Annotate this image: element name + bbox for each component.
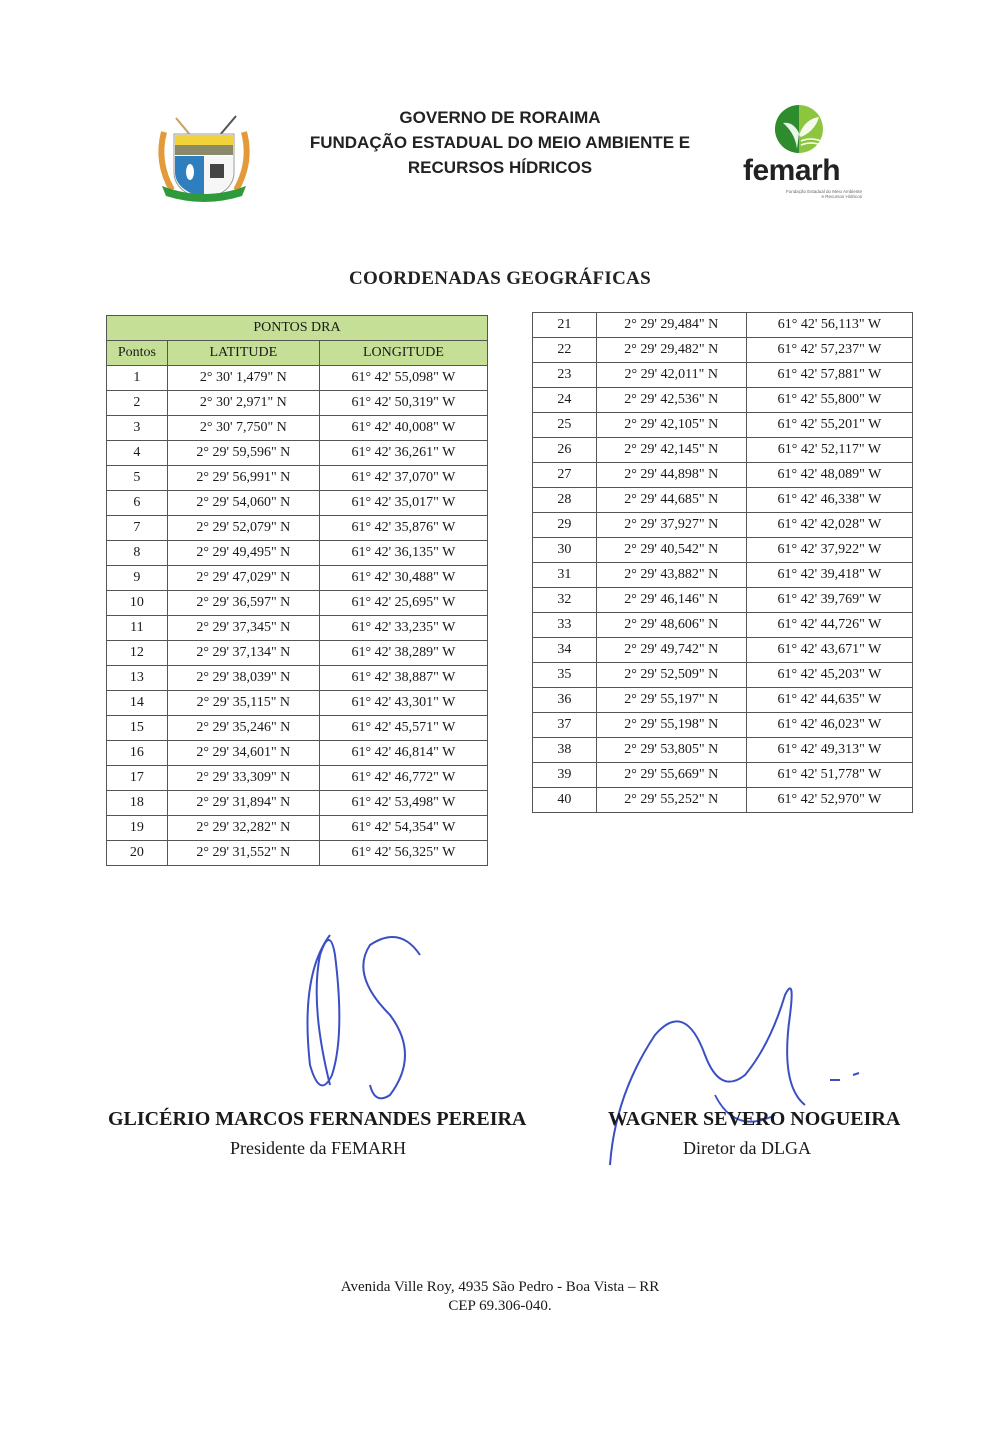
- cell-latitude: 2° 29' 32,282" N: [167, 816, 319, 841]
- cell-ponto: 4: [107, 441, 168, 466]
- cell-longitude: 61° 42' 46,772" W: [319, 766, 487, 791]
- cell-ponto: 39: [533, 763, 597, 788]
- cell-latitude: 2° 29' 52,509" N: [596, 663, 746, 688]
- column-header-pontos: Pontos: [107, 341, 168, 366]
- header-line-foundation: FUNDAÇÃO ESTADUAL DO MEIO AMBIENTE E: [290, 130, 710, 155]
- cell-latitude: 2° 29' 36,597" N: [167, 591, 319, 616]
- table-row: 312° 29' 43,882" N61° 42' 39,418" W: [533, 563, 913, 588]
- roraima-coat-of-arms-icon: [152, 112, 256, 208]
- cell-ponto: 3: [107, 416, 168, 441]
- cell-longitude: 61° 42' 46,338" W: [746, 488, 912, 513]
- cell-latitude: 2° 29' 38,039" N: [167, 666, 319, 691]
- cell-longitude: 61° 42' 44,635" W: [746, 688, 912, 713]
- table-body-right: 212° 29' 29,484" N61° 42' 56,113" W222° …: [533, 313, 913, 813]
- cell-longitude: 61° 42' 25,695" W: [319, 591, 487, 616]
- cell-latitude: 2° 29' 29,482" N: [596, 338, 746, 363]
- cell-latitude: 2° 29' 55,669" N: [596, 763, 746, 788]
- table-row: 212° 29' 29,484" N61° 42' 56,113" W: [533, 313, 913, 338]
- table-row: 92° 29' 47,029" N61° 42' 30,488" W: [107, 566, 488, 591]
- cell-latitude: 2° 29' 55,198" N: [596, 713, 746, 738]
- table-row: 332° 29' 48,606" N61° 42' 44,726" W: [533, 613, 913, 638]
- cell-ponto: 1: [107, 366, 168, 391]
- table-row: 402° 29' 55,252" N61° 42' 52,970" W: [533, 788, 913, 813]
- table-row: 22° 30' 2,971" N61° 42' 50,319" W: [107, 391, 488, 416]
- footer-cep-line: CEP 69.306-040.: [0, 1297, 1000, 1316]
- table-row: 392° 29' 55,669" N61° 42' 51,778" W: [533, 763, 913, 788]
- table-row: 242° 29' 42,536" N61° 42' 55,800" W: [533, 388, 913, 413]
- cell-latitude: 2° 29' 55,197" N: [596, 688, 746, 713]
- cell-longitude: 61° 42' 56,113" W: [746, 313, 912, 338]
- cell-ponto: 30: [533, 538, 597, 563]
- cell-ponto: 36: [533, 688, 597, 713]
- cell-longitude: 61° 42' 44,726" W: [746, 613, 912, 638]
- table-group-header: PONTOS DRA: [107, 316, 488, 341]
- table-row: 382° 29' 53,805" N61° 42' 49,313" W: [533, 738, 913, 763]
- table-row: 12° 30' 1,479" N61° 42' 55,098" W: [107, 366, 488, 391]
- table-row: 252° 29' 42,105" N61° 42' 55,201" W: [533, 413, 913, 438]
- cell-latitude: 2° 29' 42,145" N: [596, 438, 746, 463]
- cell-ponto: 18: [107, 791, 168, 816]
- table-row: 322° 29' 46,146" N61° 42' 39,769" W: [533, 588, 913, 613]
- cell-ponto: 37: [533, 713, 597, 738]
- cell-longitude: 61° 42' 37,070" W: [319, 466, 487, 491]
- cell-latitude: 2° 29' 42,105" N: [596, 413, 746, 438]
- signer-name-president: GLICÉRIO MARCOS FERNANDES PEREIRA: [108, 1108, 526, 1131]
- table-row: 342° 29' 49,742" N61° 42' 43,671" W: [533, 638, 913, 663]
- femarh-subtitle-line-2: e Recursos Hídricos: [742, 194, 862, 199]
- cell-longitude: 61° 42' 43,301" W: [319, 691, 487, 716]
- footer-address-line: Avenida Ville Roy, 4935 São Pedro - Boa …: [0, 1278, 1000, 1297]
- table-row: 142° 29' 35,115" N61° 42' 43,301" W: [107, 691, 488, 716]
- cell-longitude: 61° 42' 55,800" W: [746, 388, 912, 413]
- column-header-latitude: LATITUDE: [167, 341, 319, 366]
- cell-ponto: 21: [533, 313, 597, 338]
- table-row: 162° 29' 34,601" N61° 42' 46,814" W: [107, 741, 488, 766]
- cell-longitude: 61° 42' 51,778" W: [746, 763, 912, 788]
- table-row: 232° 29' 42,011" N61° 42' 57,881" W: [533, 363, 913, 388]
- cell-longitude: 61° 42' 52,117" W: [746, 438, 912, 463]
- document-title: COORDENADAS GEOGRÁFICAS: [0, 268, 1000, 290]
- cell-longitude: 61° 42' 56,325" W: [319, 841, 487, 866]
- cell-longitude: 61° 42' 48,089" W: [746, 463, 912, 488]
- cell-longitude: 61° 42' 36,261" W: [319, 441, 487, 466]
- cell-longitude: 61° 42' 36,135" W: [319, 541, 487, 566]
- cell-longitude: 61° 42' 52,970" W: [746, 788, 912, 813]
- cell-longitude: 61° 42' 38,289" W: [319, 641, 487, 666]
- footer-address: Avenida Ville Roy, 4935 São Pedro - Boa …: [0, 1278, 1000, 1316]
- cell-latitude: 2° 29' 48,606" N: [596, 613, 746, 638]
- cell-latitude: 2° 29' 37,927" N: [596, 513, 746, 538]
- cell-ponto: 28: [533, 488, 597, 513]
- cell-ponto: 25: [533, 413, 597, 438]
- femarh-subtitle: Fundação Estadual do Meio Ambiente e Rec…: [742, 189, 862, 199]
- cell-ponto: 40: [533, 788, 597, 813]
- signer-name-director: WAGNER SEVERO NOGUEIRA: [608, 1108, 900, 1131]
- cell-ponto: 32: [533, 588, 597, 613]
- table-row: 352° 29' 52,509" N61° 42' 45,203" W: [533, 663, 913, 688]
- cell-latitude: 2° 29' 37,134" N: [167, 641, 319, 666]
- cell-ponto: 35: [533, 663, 597, 688]
- cell-ponto: 6: [107, 491, 168, 516]
- cell-longitude: 61° 42' 49,313" W: [746, 738, 912, 763]
- cell-ponto: 31: [533, 563, 597, 588]
- cell-latitude: 2° 29' 44,898" N: [596, 463, 746, 488]
- cell-longitude: 61° 42' 55,201" W: [746, 413, 912, 438]
- cell-latitude: 2° 29' 34,601" N: [167, 741, 319, 766]
- cell-longitude: 61° 42' 33,235" W: [319, 616, 487, 641]
- cell-longitude: 61° 42' 35,876" W: [319, 516, 487, 541]
- cell-longitude: 61° 42' 57,237" W: [746, 338, 912, 363]
- cell-ponto: 12: [107, 641, 168, 666]
- cell-ponto: 7: [107, 516, 168, 541]
- cell-ponto: 33: [533, 613, 597, 638]
- table-row: 82° 29' 49,495" N61° 42' 36,135" W: [107, 541, 488, 566]
- table-row: 132° 29' 38,039" N61° 42' 38,887" W: [107, 666, 488, 691]
- cell-longitude: 61° 42' 45,571" W: [319, 716, 487, 741]
- cell-ponto: 24: [533, 388, 597, 413]
- header-organization: GOVERNO DE RORAIMA FUNDAÇÃO ESTADUAL DO …: [290, 105, 710, 180]
- cell-latitude: 2° 29' 29,484" N: [596, 313, 746, 338]
- cell-latitude: 2° 30' 2,971" N: [167, 391, 319, 416]
- cell-ponto: 9: [107, 566, 168, 591]
- cell-ponto: 5: [107, 466, 168, 491]
- cell-longitude: 61° 42' 38,887" W: [319, 666, 487, 691]
- cell-latitude: 2° 29' 43,882" N: [596, 563, 746, 588]
- cell-latitude: 2° 29' 35,246" N: [167, 716, 319, 741]
- table-row: 362° 29' 55,197" N61° 42' 44,635" W: [533, 688, 913, 713]
- cell-ponto: 17: [107, 766, 168, 791]
- table-row: 32° 30' 7,750" N61° 42' 40,008" W: [107, 416, 488, 441]
- table-row: 112° 29' 37,345" N61° 42' 33,235" W: [107, 616, 488, 641]
- cell-ponto: 8: [107, 541, 168, 566]
- cell-latitude: 2° 30' 7,750" N: [167, 416, 319, 441]
- cell-ponto: 29: [533, 513, 597, 538]
- signer-role-director: Diretor da DLGA: [683, 1138, 811, 1159]
- cell-ponto: 38: [533, 738, 597, 763]
- cell-longitude: 61° 42' 42,028" W: [746, 513, 912, 538]
- table-row: 262° 29' 42,145" N61° 42' 52,117" W: [533, 438, 913, 463]
- cell-longitude: 61° 42' 35,017" W: [319, 491, 487, 516]
- cell-latitude: 2° 29' 37,345" N: [167, 616, 319, 641]
- table-row: 52° 29' 56,991" N61° 42' 37,070" W: [107, 466, 488, 491]
- cell-ponto: 34: [533, 638, 597, 663]
- table-row: 102° 29' 36,597" N61° 42' 25,695" W: [107, 591, 488, 616]
- cell-longitude: 61° 42' 30,488" W: [319, 566, 487, 591]
- cell-longitude: 61° 42' 57,881" W: [746, 363, 912, 388]
- table-row: 222° 29' 29,482" N61° 42' 57,237" W: [533, 338, 913, 363]
- table-row: 302° 29' 40,542" N61° 42' 37,922" W: [533, 538, 913, 563]
- cell-longitude: 61° 42' 45,203" W: [746, 663, 912, 688]
- cell-longitude: 61° 42' 39,418" W: [746, 563, 912, 588]
- cell-longitude: 61° 42' 40,008" W: [319, 416, 487, 441]
- cell-ponto: 23: [533, 363, 597, 388]
- cell-latitude: 2° 29' 31,552" N: [167, 841, 319, 866]
- cell-ponto: 22: [533, 338, 597, 363]
- table-row: 192° 29' 32,282" N61° 42' 54,354" W: [107, 816, 488, 841]
- table-row: 372° 29' 55,198" N61° 42' 46,023" W: [533, 713, 913, 738]
- cell-latitude: 2° 30' 1,479" N: [167, 366, 319, 391]
- cell-latitude: 2° 29' 52,079" N: [167, 516, 319, 541]
- table-row: 122° 29' 37,134" N61° 42' 38,289" W: [107, 641, 488, 666]
- coordinates-table-left: PONTOS DRA Pontos LATITUDE LONGITUDE 12°…: [106, 315, 488, 866]
- cell-longitude: 61° 42' 53,498" W: [319, 791, 487, 816]
- cell-latitude: 2° 29' 56,991" N: [167, 466, 319, 491]
- cell-ponto: 19: [107, 816, 168, 841]
- cell-longitude: 61° 42' 50,319" W: [319, 391, 487, 416]
- cell-ponto: 16: [107, 741, 168, 766]
- table-row: 42° 29' 59,596" N61° 42' 36,261" W: [107, 441, 488, 466]
- header-line-government: GOVERNO DE RORAIMA: [290, 105, 710, 130]
- cell-latitude: 2° 29' 46,146" N: [596, 588, 746, 613]
- cell-ponto: 15: [107, 716, 168, 741]
- cell-longitude: 61° 42' 39,769" W: [746, 588, 912, 613]
- signer-role-president: Presidente da FEMARH: [230, 1138, 406, 1159]
- cell-ponto: 10: [107, 591, 168, 616]
- cell-latitude: 2° 29' 31,894" N: [167, 791, 319, 816]
- cell-longitude: 61° 42' 54,354" W: [319, 816, 487, 841]
- table-body-left: 12° 30' 1,479" N61° 42' 55,098" W22° 30'…: [107, 366, 488, 866]
- cell-latitude: 2° 29' 35,115" N: [167, 691, 319, 716]
- cell-ponto: 27: [533, 463, 597, 488]
- cell-longitude: 61° 42' 37,922" W: [746, 538, 912, 563]
- cell-latitude: 2° 29' 44,685" N: [596, 488, 746, 513]
- cell-ponto: 26: [533, 438, 597, 463]
- cell-latitude: 2° 29' 59,596" N: [167, 441, 319, 466]
- cell-longitude: 61° 42' 43,671" W: [746, 638, 912, 663]
- table-row: 182° 29' 31,894" N61° 42' 53,498" W: [107, 791, 488, 816]
- cell-latitude: 2° 29' 42,011" N: [596, 363, 746, 388]
- femarh-wordmark: femarh: [743, 154, 840, 188]
- cell-ponto: 20: [107, 841, 168, 866]
- cell-latitude: 2° 29' 40,542" N: [596, 538, 746, 563]
- table-row: 72° 29' 52,079" N61° 42' 35,876" W: [107, 516, 488, 541]
- cell-latitude: 2° 29' 53,805" N: [596, 738, 746, 763]
- header-line-resources: RECURSOS HÍDRICOS: [290, 155, 710, 180]
- table-row: 172° 29' 33,309" N61° 42' 46,772" W: [107, 766, 488, 791]
- table-row: 62° 29' 54,060" N61° 42' 35,017" W: [107, 491, 488, 516]
- cell-ponto: 11: [107, 616, 168, 641]
- table-row: 272° 29' 44,898" N61° 42' 48,089" W: [533, 463, 913, 488]
- cell-longitude: 61° 42' 46,023" W: [746, 713, 912, 738]
- cell-ponto: 2: [107, 391, 168, 416]
- table-row: 202° 29' 31,552" N61° 42' 56,325" W: [107, 841, 488, 866]
- cell-latitude: 2° 29' 33,309" N: [167, 766, 319, 791]
- cell-latitude: 2° 29' 42,536" N: [596, 388, 746, 413]
- cell-latitude: 2° 29' 49,495" N: [167, 541, 319, 566]
- table-row: 282° 29' 44,685" N61° 42' 46,338" W: [533, 488, 913, 513]
- cell-latitude: 2° 29' 47,029" N: [167, 566, 319, 591]
- table-row: 152° 29' 35,246" N61° 42' 45,571" W: [107, 716, 488, 741]
- column-header-longitude: LONGITUDE: [319, 341, 487, 366]
- cell-ponto: 13: [107, 666, 168, 691]
- cell-latitude: 2° 29' 49,742" N: [596, 638, 746, 663]
- cell-longitude: 61° 42' 55,098" W: [319, 366, 487, 391]
- cell-longitude: 61° 42' 46,814" W: [319, 741, 487, 766]
- cell-latitude: 2° 29' 55,252" N: [596, 788, 746, 813]
- cell-latitude: 2° 29' 54,060" N: [167, 491, 319, 516]
- cell-ponto: 14: [107, 691, 168, 716]
- signature-glicerio-icon: [290, 915, 450, 1105]
- coordinates-table-right: 212° 29' 29,484" N61° 42' 56,113" W222° …: [532, 312, 913, 813]
- table-row: 292° 29' 37,927" N61° 42' 42,028" W: [533, 513, 913, 538]
